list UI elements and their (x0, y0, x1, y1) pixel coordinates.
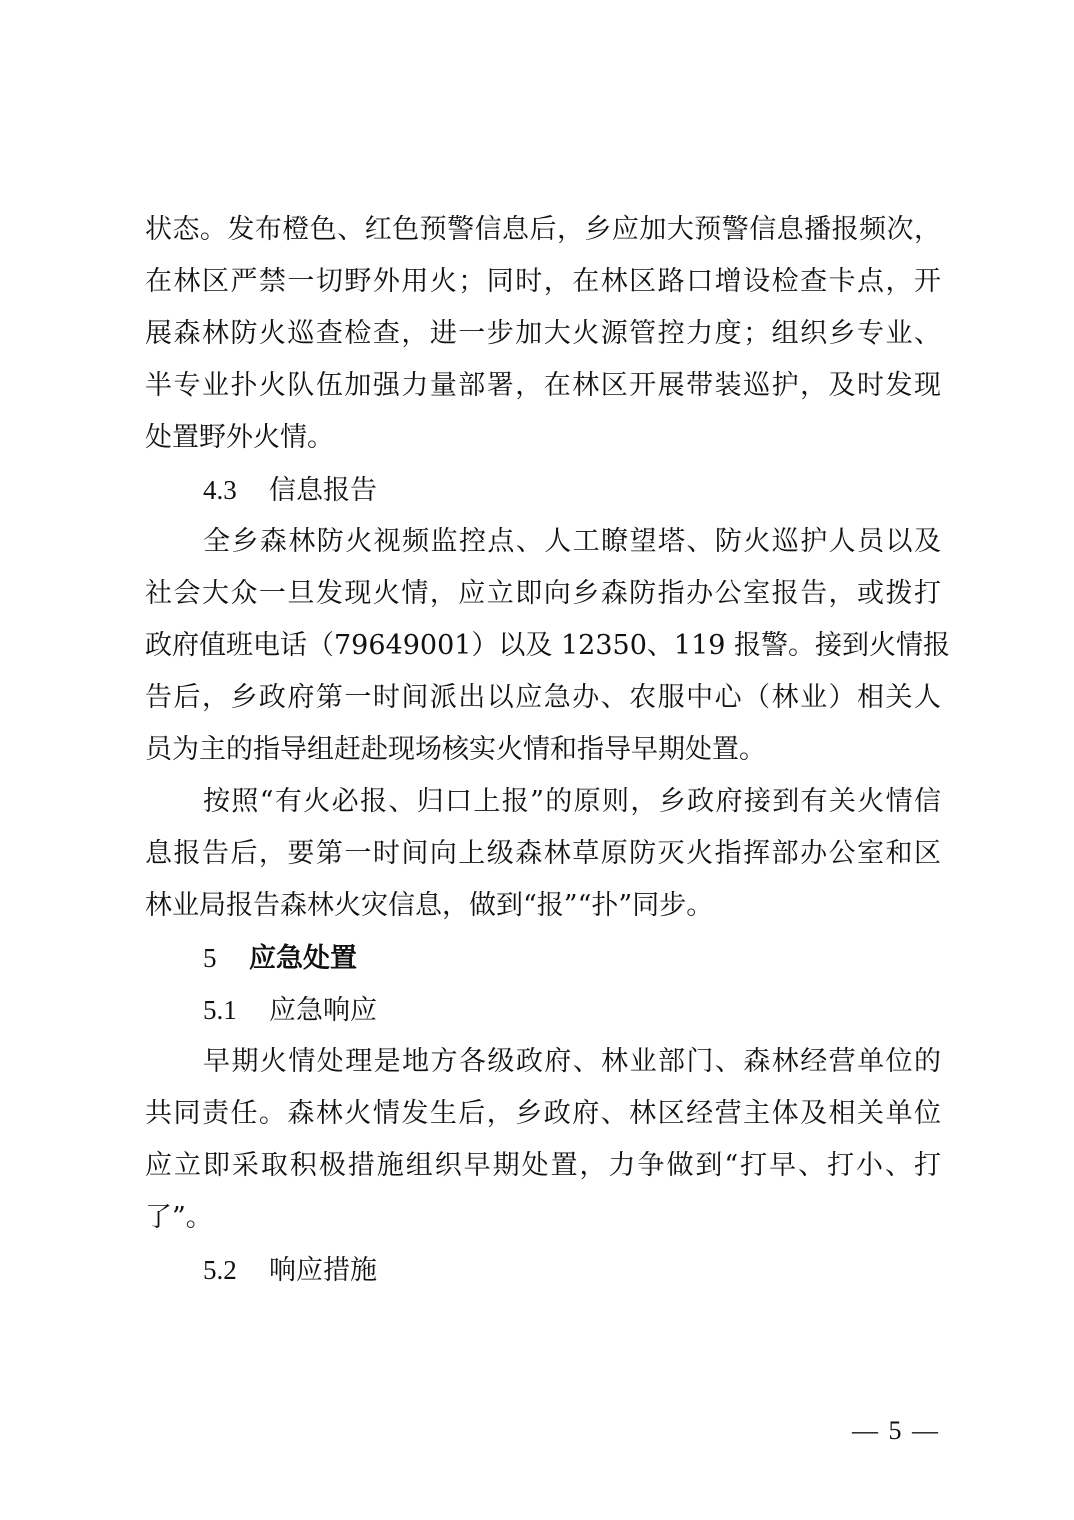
section-number: 4.3 (203, 464, 269, 516)
page-number: — 5 — (852, 1416, 940, 1446)
text-line: 在林区严禁一切野外用火；同时，在林区路口增设检查卡点，开 (145, 256, 941, 308)
text-line: 林业局报告森林火灾信息，做到“报”“扑”同步。 (145, 880, 941, 932)
section-title: 应急响应 (269, 995, 377, 1026)
section-number: 5.1 (203, 984, 269, 1036)
text-line: 早期火情处理是地方各级政府、林业部门、森林经营单位的 (145, 1036, 941, 1088)
text-line: 社会大众一旦发现火情，应立即向乡森防指办公室报告，或拨打 (145, 568, 941, 620)
section-heading-5-1: 5.1应急响应 (145, 984, 941, 1036)
section-number: 5 (203, 932, 249, 984)
section-title: 信息报告 (269, 475, 377, 506)
text-line: 政府值班电话（79649001）以及 12350、119 报警。接到火情报 (145, 620, 941, 672)
text-line: 息报告后，要第一时间向上级森林草原防灭火指挥部办公室和区 (145, 828, 941, 880)
text-line: 共同责任。森林火情发生后，乡政府、林区经营主体及相关单位 (145, 1088, 941, 1140)
text-line: 半专业扑火队伍加强力量部署，在林区开展带装巡护，及时发现 (145, 360, 941, 412)
text-line: 员为主的指导组赶赴现场核实火情和指导早期处置。 (145, 724, 941, 776)
text-line: 应立即采取积极措施组织早期处置，力争做到“打早、打小、打 (145, 1140, 941, 1192)
section-heading-5-2: 5.2响应措施 (145, 1244, 941, 1296)
text-line: 状态。发布橙色、红色预警信息后，乡应加大预警信息播报频次， (145, 204, 941, 256)
text-line: 展森林防火巡查检查，进一步加大火源管控力度；组织乡专业、 (145, 308, 941, 360)
text-line: 按照“有火必报、归口上报”的原则，乡政府接到有关火情信 (145, 776, 941, 828)
document-page: 状态。发布橙色、红色预警信息后，乡应加大预警信息播报频次， 在林区严禁一切野外用… (145, 204, 941, 1296)
section-heading-5: 5应急处置 (145, 932, 941, 984)
text-line: 告后，乡政府第一时间派出以应急办、农服中心（林业）相关人 (145, 672, 941, 724)
section-number: 5.2 (203, 1244, 269, 1296)
section-title: 响应措施 (269, 1255, 377, 1286)
text-line: 了”。 (145, 1192, 941, 1244)
section-heading-4-3: 4.3信息报告 (145, 464, 941, 516)
section-title: 应急处置 (249, 943, 357, 974)
text-line: 全乡森林防火视频监控点、人工瞭望塔、防火巡护人员以及 (145, 516, 941, 568)
text-line: 处置野外火情。 (145, 412, 941, 464)
